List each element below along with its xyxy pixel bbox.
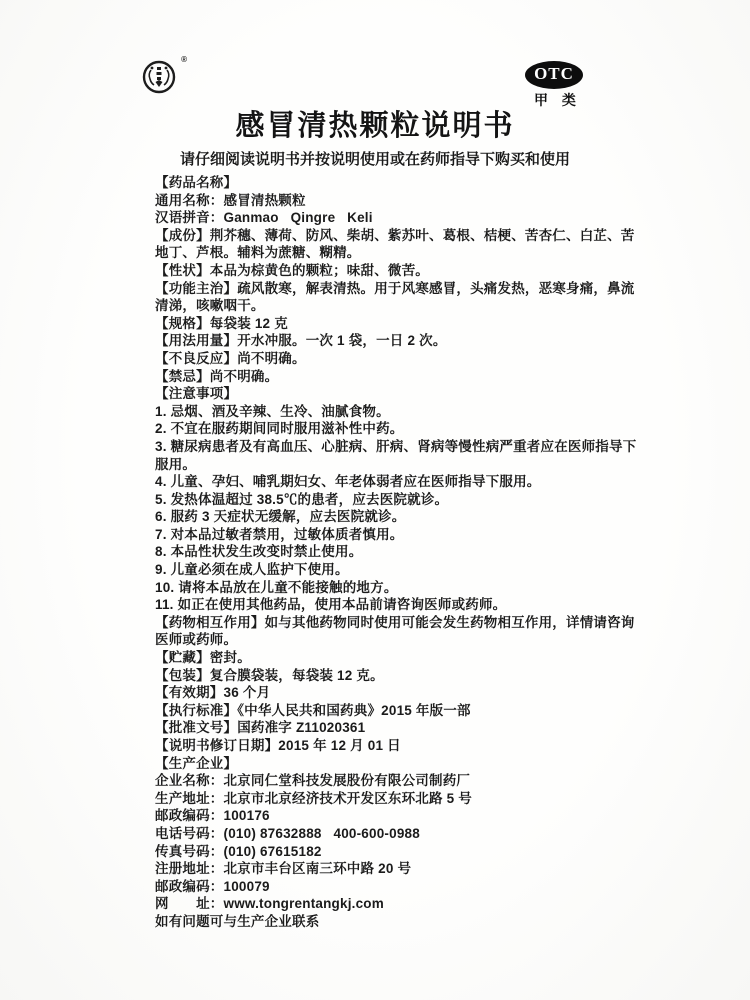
leaflet-line: 通用名称：感冒清热颗粒 <box>155 192 715 210</box>
leaflet-line: 【生产企业】 <box>155 755 715 773</box>
leaflet-line: 网 址：www.tongrentangkj.com <box>155 895 715 913</box>
leaflet-line: 生产地址：北京市北京经济技术开发区东环北路 5 号 <box>155 790 715 808</box>
leaflet-line: 【包装】复合膜袋装，每袋装 12 克。 <box>155 667 715 685</box>
leaflet-line: 注册地址：北京市丰台区南三环中路 20 号 <box>155 860 715 878</box>
leaflet-line: 【注意事项】 <box>155 385 715 403</box>
leaflet-line: 医师或药师。 <box>155 631 715 649</box>
leaflet-line: 4. 儿童、孕妇、哺乳期妇女、年老体弱者应在医师指导下服用。 <box>155 473 715 491</box>
leaflet-line: 【规格】每袋装 12 克 <box>155 315 715 333</box>
leaflet-line: 【贮藏】密封。 <box>155 649 715 667</box>
tongrentang-seal-icon <box>141 57 179 95</box>
leaflet-line: 邮政编码：100079 <box>155 878 715 896</box>
leaflet-line: 【有效期】36 个月 <box>155 684 715 702</box>
otc-oval-icon: OTC <box>525 61 583 89</box>
leaflet-line: 7. 对本品过敏者禁用，过敏体质者慎用。 <box>155 526 715 544</box>
leaflet-line: 【药品名称】 <box>155 174 715 192</box>
leaflet-page: ® OTC 甲 类 感冒清热颗粒说明书 请仔细阅读说明书并按说明使用或在药师指导… <box>0 0 750 1000</box>
leaflet-line: 【批准文号】国药准字 Z11020361 <box>155 719 715 737</box>
leaflet-line: 【性状】本品为棕黄色的颗粒；味甜、微苦。 <box>155 262 715 280</box>
leaflet-line: 8. 本品性状发生改变时禁止使用。 <box>155 543 715 561</box>
leaflet-line: 【成份】荆芥穗、薄荷、防风、柴胡、紫苏叶、葛根、桔梗、苦杏仁、白芷、苦 <box>155 227 715 245</box>
leaflet-line: 汉语拼音：Ganmao Qingre Keli <box>155 209 715 227</box>
leaflet-line: 电话号码：(010) 87632888 400-600-0988 <box>155 825 715 843</box>
page-subtitle: 请仔细阅读说明书并按说明使用或在药师指导下购买和使用 <box>0 148 750 169</box>
leaflet-line: 清涕，咳嗽咽干。 <box>155 297 715 315</box>
leaflet-line: 企业名称：北京同仁堂科技发展股份有限公司制药厂 <box>155 772 715 790</box>
leaflet-line: 3. 糖尿病患者及有高血压、心脏病、肝病、肾病等慢性病严重者应在医师指导下 <box>155 438 715 456</box>
leaflet-line: 6. 服药 3 天症状无缓解，应去医院就诊。 <box>155 508 715 526</box>
otc-label: OTC <box>534 64 574 84</box>
leaflet-line: 传真号码：(010) 67615182 <box>155 843 715 861</box>
leaflet-line: 5. 发热体温超过 38.5℃的患者，应去医院就诊。 <box>155 491 715 509</box>
leaflet-line: 【不良反应】尚不明确。 <box>155 350 715 368</box>
leaflet-line: 【说明书修订日期】2015 年 12 月 01 日 <box>155 737 715 755</box>
leaflet-line: 【禁忌】尚不明确。 <box>155 368 715 386</box>
leaflet-line: 2. 不宜在服药期间同时服用滋补性中药。 <box>155 420 715 438</box>
leaflet-line: 服用。 <box>155 456 715 474</box>
tongrentang-logo: ® <box>141 57 185 101</box>
leaflet-line: 9. 儿童必须在成人监护下使用。 <box>155 561 715 579</box>
leaflet-body: 【药品名称】 通用名称：感冒清热颗粒 汉语拼音：Ganmao Qingre Ke… <box>155 174 715 931</box>
leaflet-line: 11. 如正在使用其他药品，使用本品前请咨询医师或药师。 <box>155 596 715 614</box>
leaflet-line: 10. 请将本品放在儿童不能接触的地方。 <box>155 579 715 597</box>
page-title: 感冒清热颗粒说明书 <box>0 103 750 144</box>
leaflet-line: 【用法用量】开水冲服。一次 1 袋，一日 2 次。 <box>155 332 715 350</box>
leaflet-line: 【功能主治】疏风散寒，解表清热。用于风寒感冒，头痛发热，恶寒身痛，鼻流 <box>155 280 715 298</box>
leaflet-line: 1. 忌烟、酒及辛辣、生冷、油腻食物。 <box>155 403 715 421</box>
leaflet-line: 【药物相互作用】如与其他药物同时使用可能会发生药物相互作用，详情请咨询 <box>155 614 715 632</box>
registered-trademark-icon: ® <box>181 55 187 64</box>
leaflet-line: 【执行标准】《中华人民共和国药典》2015 年版一部 <box>155 702 715 720</box>
leaflet-line: 邮政编码：100176 <box>155 807 715 825</box>
leaflet-line: 如有问题可与生产企业联系 <box>155 913 715 931</box>
leaflet-line: 地丁、芦根。辅料为蔗糖、糊精。 <box>155 244 715 262</box>
